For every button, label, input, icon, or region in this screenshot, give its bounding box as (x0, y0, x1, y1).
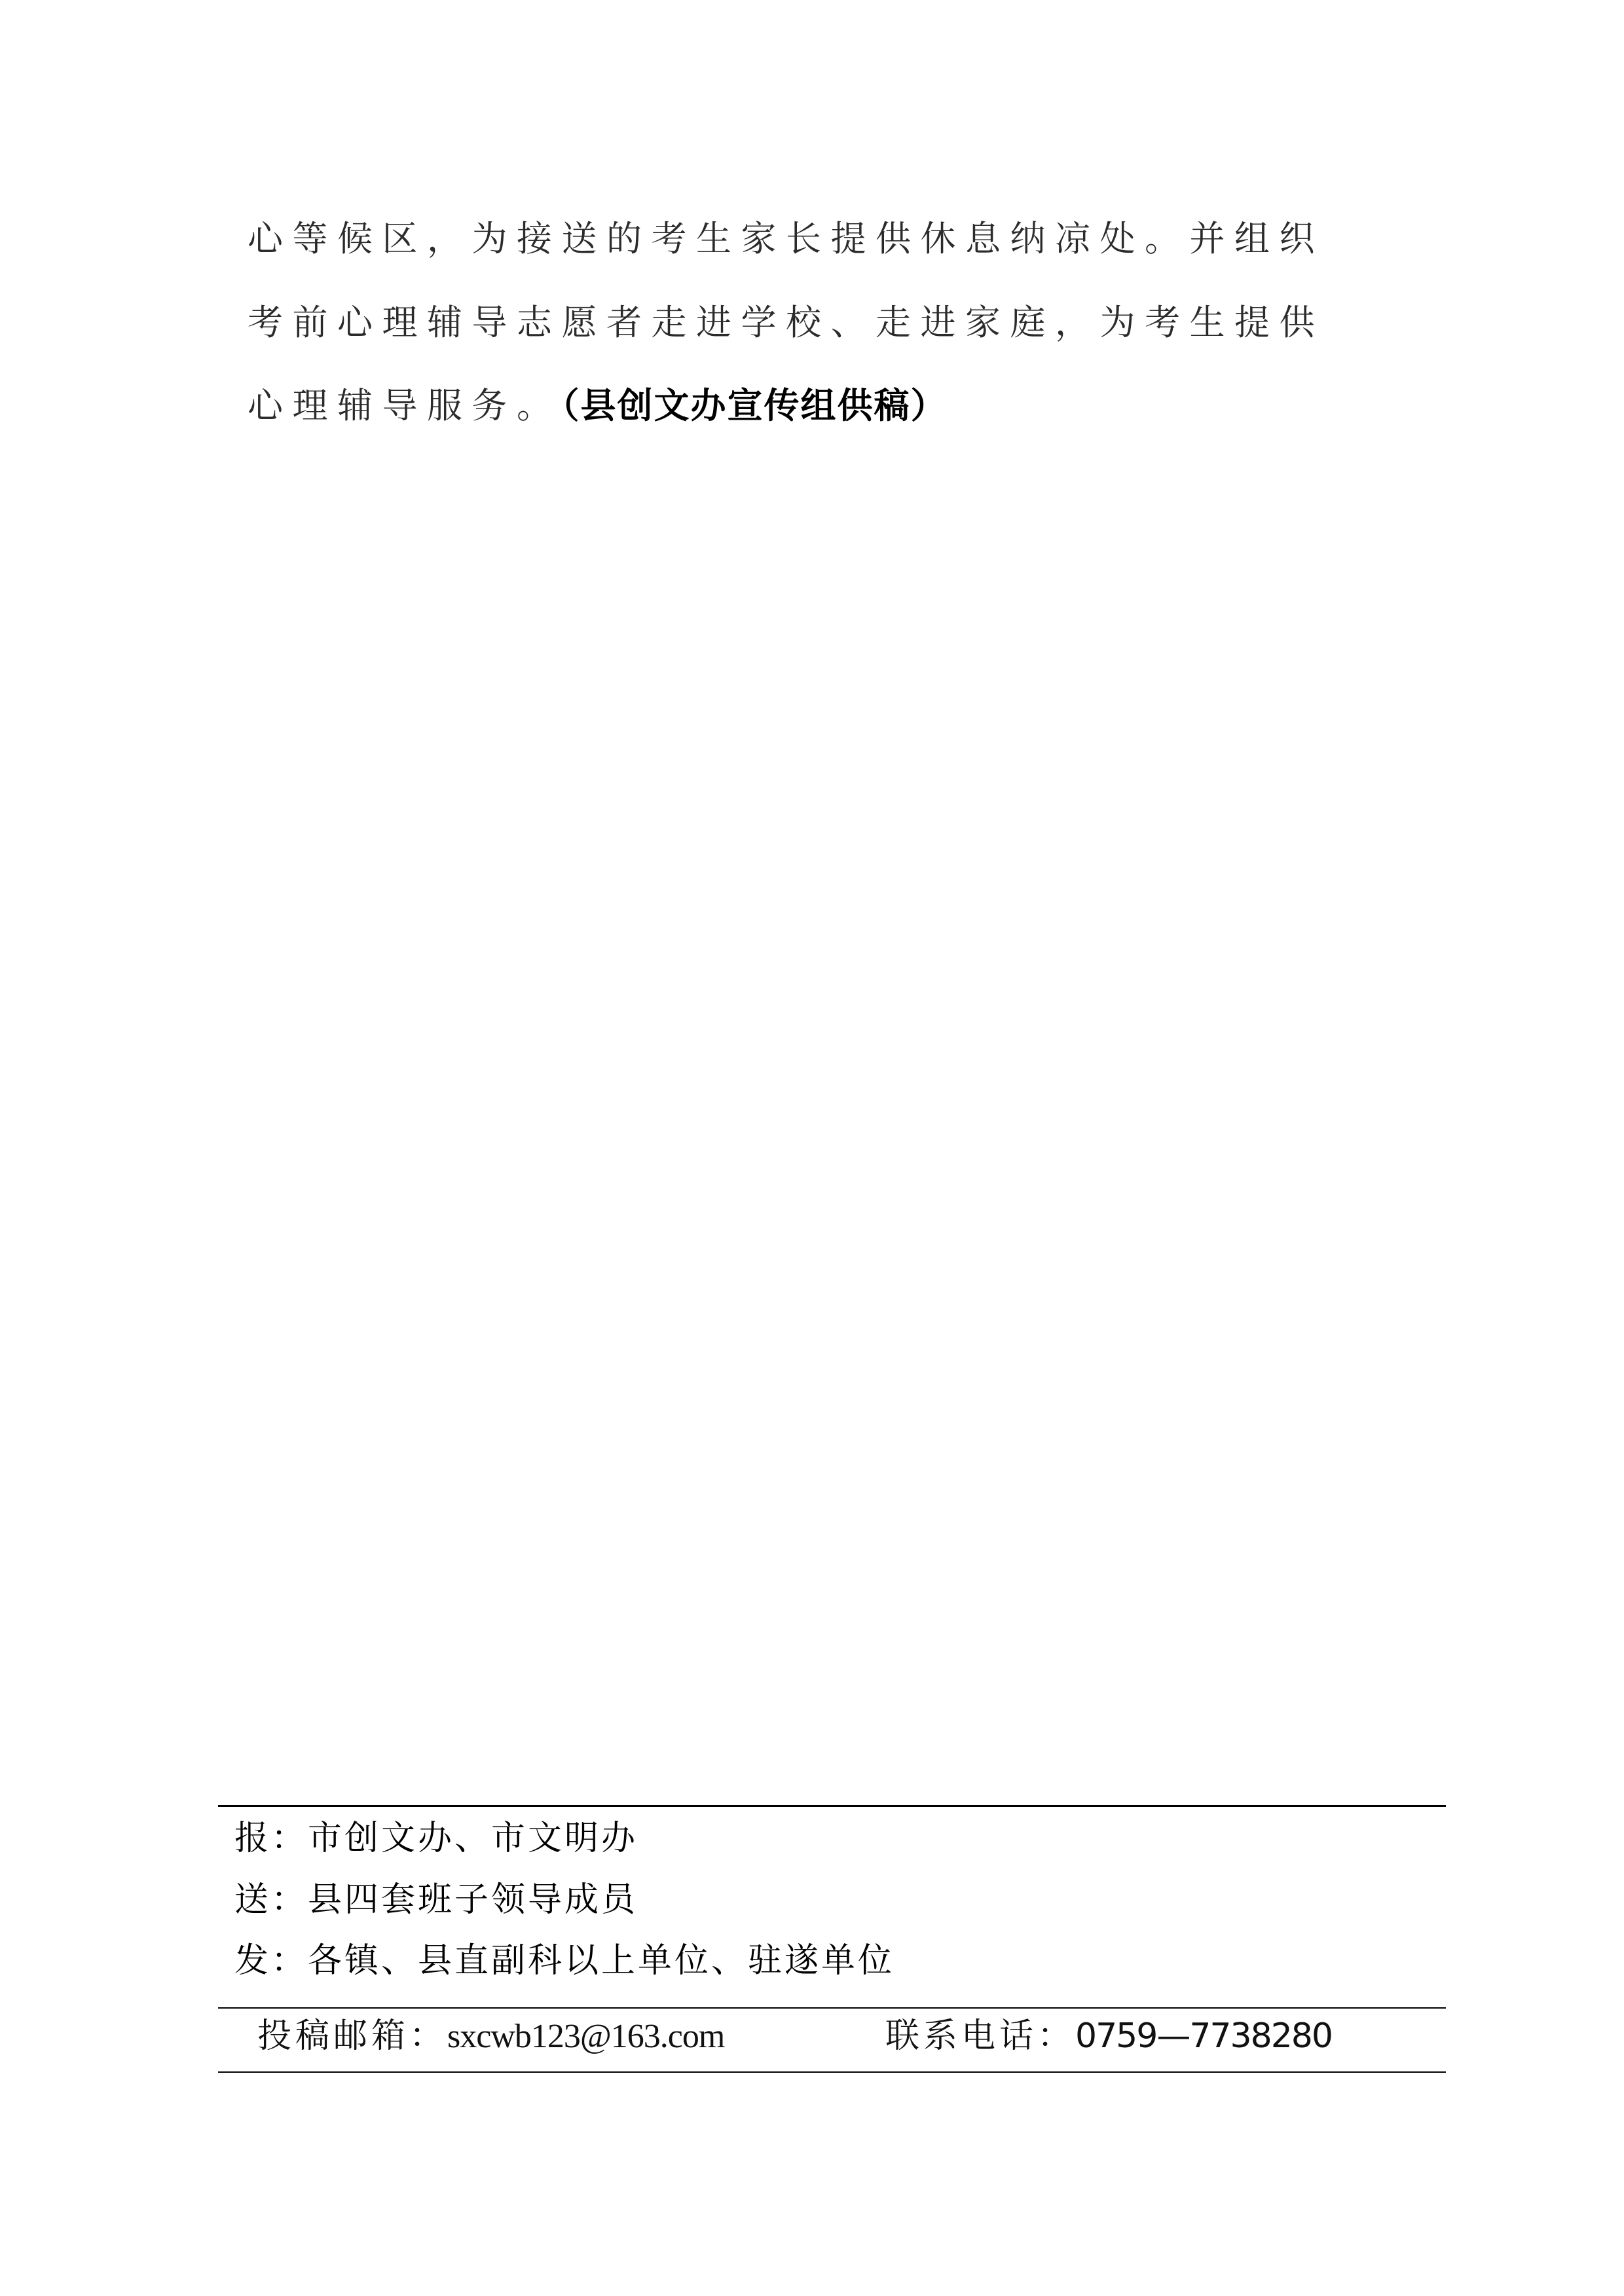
phone-number: 0759—7738280 (1075, 2016, 1332, 2056)
email-address[interactable]: sxcwb123@163.com (447, 2018, 724, 2055)
middle-divider (218, 2007, 1446, 2009)
phone-contact: 联系电话：0759—7738280 (885, 2015, 1332, 2057)
bottom-divider (218, 2071, 1446, 2073)
article-line-1: 心等候区，为接送的考生家长提供休息纳凉处。并组织 (248, 218, 1324, 260)
top-divider (218, 1805, 1446, 1807)
article-credit: （县创文办宣传组供稿） (562, 385, 948, 426)
article-line-3-text: 心理辅导服务。 (248, 385, 562, 426)
email-contact: 投稿邮箱：sxcwb123@163.com (257, 2015, 724, 2058)
email-label: 投稿邮箱： (257, 2016, 447, 2056)
article-line-2: 考前心理辅导志愿者走进学校、走进家庭，为考生提供 (248, 302, 1324, 344)
send-to-line: 送：县四套班子领导成员 (234, 1879, 638, 1921)
report-to-line: 报：市创文办、市文明办 (234, 1817, 638, 1859)
phone-label: 联系电话： (885, 2016, 1075, 2056)
issue-to-line: 发：各镇、县直副科以上单位、驻遂单位 (234, 1940, 895, 1982)
article-line-3: 心理辅导服务。（县创文办宣传组供稿） (248, 385, 948, 427)
